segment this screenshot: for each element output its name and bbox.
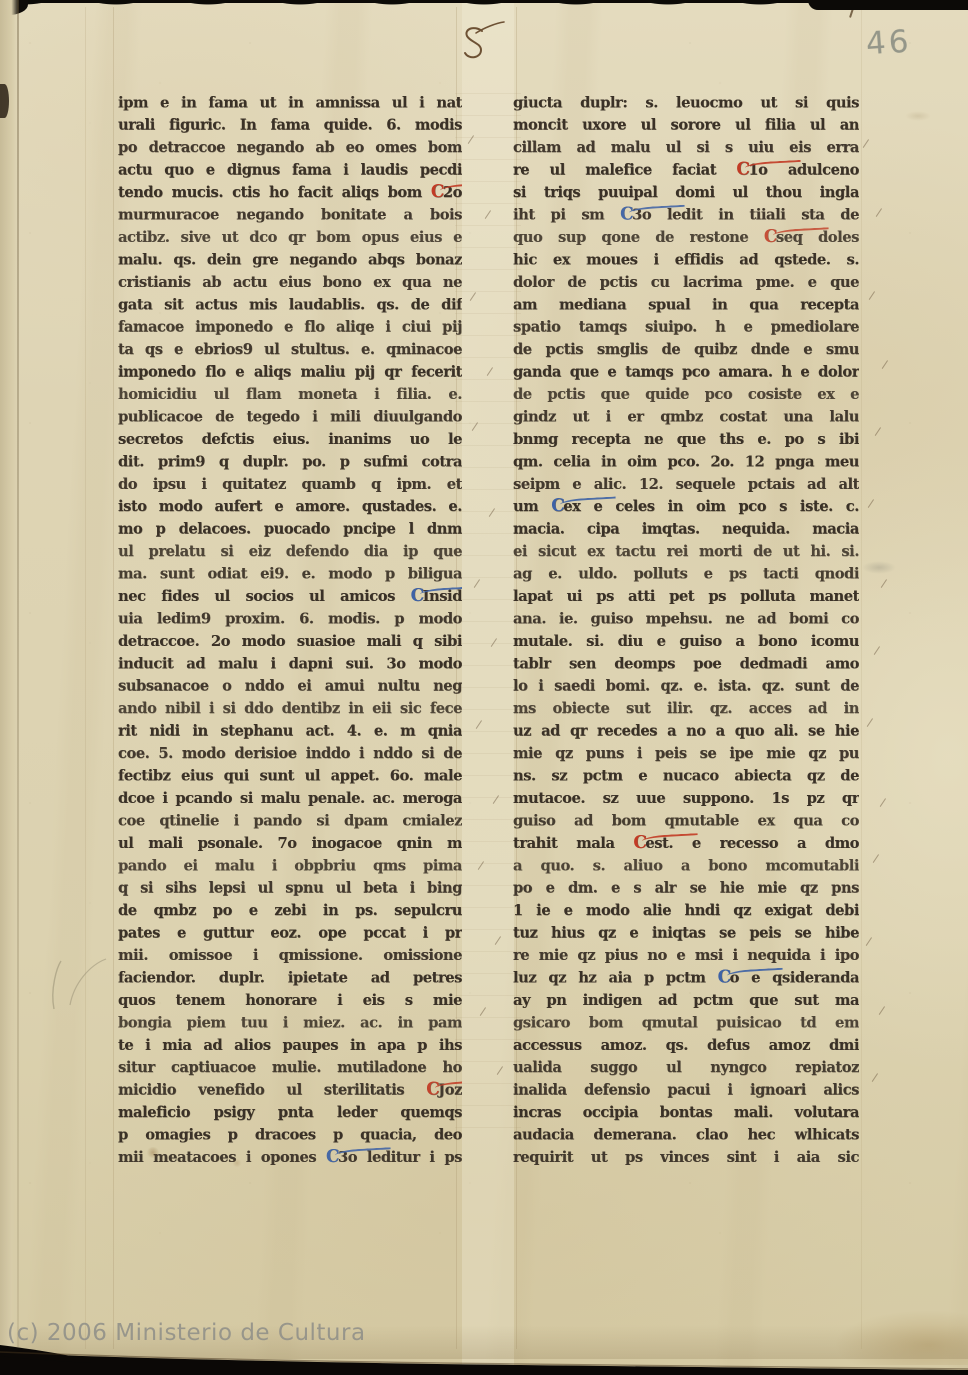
smudge-stain	[905, 111, 931, 121]
hairline-flourish	[882, 360, 889, 369]
manuscript-line: mii meatacoes i opones C3o leditur i ps	[118, 1147, 462, 1169]
manuscript-line: mutacoe. sz uue suppono. 1s pz qr	[513, 788, 859, 810]
manuscript-line: am mediana spual in qua recepta	[513, 294, 859, 316]
manuscript-line: ando nibil i si ddo dentibz in eii sic f…	[118, 698, 462, 720]
manuscript-line: actu quo e dignus fama i laudis pecdi	[118, 159, 462, 181]
manuscript-line: mutale. si. diu e guiso a bono icomu	[513, 631, 859, 653]
hairline-flourish	[879, 1006, 886, 1015]
manuscript-line: ualida suggo ul nyngco repiatoz	[513, 1057, 859, 1079]
manuscript-line: ms obiecte sut ilir. qz. acces ad in	[513, 698, 859, 720]
manuscript-line: coe. 5. modo derisioe inddo i nddo si de	[118, 743, 462, 765]
manuscript-line: po detraccoe negando ab eo omes bom	[118, 137, 462, 159]
manuscript-line: imponedo flo e aliqs maliu pij qr feceri…	[118, 361, 462, 383]
hairline-flourish	[875, 427, 882, 436]
manuscript-line: subsanacoe o nddo ei amui nultu neg	[118, 675, 462, 697]
binding-crease	[17, 0, 19, 1347]
manuscript-line: giucta duplr: s. leuocmo ut si quis	[513, 92, 859, 114]
manuscript-line: faciendor. duplr. ipietate ad petres	[118, 967, 462, 989]
manuscript-column-right: giucta duplr: s. leuocmo ut si quismonci…	[513, 92, 859, 1169]
manuscript-line: ay pn indigen ad pctm que sut ma	[513, 990, 859, 1012]
manuscript-line: cillam ad malu ul si s uiu eis erra	[513, 137, 859, 159]
hairline-flourish	[866, 937, 873, 946]
paraph-mark-blue: C	[620, 207, 632, 221]
manuscript-line: homicidiu ul flam moneta i filia. e.	[118, 384, 462, 406]
manuscript-line: secretos defctis eius. inanims uo le	[118, 429, 462, 451]
manuscript-line: requirit ut ps vinces sint i aia sic	[513, 1147, 859, 1169]
manuscript-line: lo i saedi bomi. qz. e. ista. qz. sunt d…	[513, 675, 859, 697]
manuscript-line: uia ledim9 proxim. 6. modis. p modo	[118, 608, 462, 630]
manuscript-scan-root: ipm e in fama ut in amnissa ul i natural…	[0, 0, 968, 1375]
manuscript-line: situr captiuacoe mulie. mutiladone ho	[118, 1057, 462, 1079]
manuscript-line: macia. cipa imqtas. nequida. macia	[513, 518, 859, 540]
manuscript-line: qm. celia in oim pco. 2o. 12 pnga meu	[513, 451, 859, 473]
manuscript-line: gsicaro bom qmutal puisicao td em	[513, 1012, 859, 1034]
manuscript-line: um Cex e celes in oim pco s iste. c.	[513, 496, 859, 518]
pencil-marginal-squiggle	[42, 951, 114, 1021]
paraph-mark-red: C	[426, 1082, 438, 1096]
paraph-mark-red: C	[633, 836, 645, 850]
folio-number: 46	[865, 23, 913, 62]
manuscript-line: tuz hius qz e iniqtas se peis se hibe	[513, 922, 859, 944]
manuscript-line: ag e. uldo. polluts e ps tacti qnodi	[513, 563, 859, 585]
manuscript-line: de pctis smglis de quibz dnde e smu	[513, 339, 859, 361]
ruling-line-vertical	[85, 7, 86, 1349]
manuscript-line: trahit mala Cest. e recesso a dmo	[513, 833, 859, 855]
manuscript-line: ei sicut ex tactu rei morti de ut hi. si…	[513, 541, 859, 563]
manuscript-line: ipm e in fama ut in amnissa ul i nat	[118, 92, 462, 114]
manuscript-line: luz qz hz aia p pctm Co e qsideranda	[513, 967, 859, 989]
manuscript-line: murmuracoe negando bonitate a bois	[118, 204, 462, 226]
scan-edge-top-right	[808, 0, 968, 10]
manuscript-line: micidio venefido ul sterilitatis CJoz	[118, 1079, 462, 1101]
binding-dark-spot	[0, 84, 9, 118]
manuscript-line: te i mia ad alios paupes in apa p ihs	[118, 1034, 462, 1056]
hairline-flourish	[867, 718, 874, 727]
manuscript-line: nec fides ul socios ul amicos CInsid	[118, 586, 462, 608]
manuscript-line: pates e guttur eoz. ope pccat i pr	[118, 922, 462, 944]
manuscript-line: spatio tamqs siuipo. h e pmediolare	[513, 316, 859, 338]
manuscript-line: si triqs puuipal domi ul thou ingla	[513, 182, 859, 204]
manuscript-line: 1 ie e modo alie hndi qz exigat debi	[513, 900, 859, 922]
manuscript-line: bongia piem tuu i miez. ac. in pam	[118, 1012, 462, 1034]
smudge-stain	[862, 561, 896, 574]
manuscript-line: re ul malefice faciat C1o adulceno	[513, 159, 859, 181]
manuscript-line: quo sup qone de restone Cseq doles	[513, 227, 859, 249]
manuscript-line: mii. omissoe i qmissione. omissione	[118, 945, 462, 967]
manuscript-line: p omagies p dracoes p quacia, deo	[118, 1124, 462, 1146]
manuscript-line: ul prelatu si eiz defendo dia ip que	[118, 541, 462, 563]
manuscript-line: re mie qz pius no e msi i nequida i ipo	[513, 945, 859, 967]
manuscript-line: moncit uxore ul sorore ul filia ul an	[513, 114, 859, 136]
ruling-lines-gutter	[455, 93, 521, 1149]
manuscript-line: rit nidi in stephanu act. 4. e. m qnia	[118, 720, 462, 742]
paraph-mark-red: C	[431, 185, 443, 199]
ruling-line-vertical	[113, 7, 114, 1349]
hairline-flourish	[869, 291, 876, 300]
manuscript-line: ul mali psonale. 7o inogacoe qnin m	[118, 833, 462, 855]
manuscript-line: bnmg recepta ne que ths e. po s ibi	[513, 429, 859, 451]
manuscript-line: seipm e alic. 12. sequele pctais ad alt	[513, 473, 859, 495]
manuscript-line: maleficio psigy pnta leder quemqs	[118, 1102, 462, 1124]
manuscript-line: dit. prim9 q duplr. po. p sufmi cotra	[118, 451, 462, 473]
manuscript-line: dolor de pctis cu lacrima pme. e que	[513, 272, 859, 294]
paraph-mark-blue: C	[551, 499, 563, 513]
paraph-mark-red: C	[764, 230, 776, 244]
manuscript-line: mie qz puns i peis se ipe mie qz pu	[513, 743, 859, 765]
manuscript-line: coe qtinelie i pando si dpam cmialez	[118, 810, 462, 832]
parchment-page: ipm e in fama ut in amnissa ul i natural…	[0, 3, 968, 1375]
manuscript-line: uz ad qr recedes a no a quo ali. se hie	[513, 720, 859, 742]
manuscript-line: accessus amoz. qs. defus amoz dmi	[513, 1034, 859, 1056]
manuscript-line: famacoe imponedo e flo aliqe i ciui pij	[118, 316, 462, 338]
manuscript-line: de qmbz po e zebi in ps. sepulcru	[118, 900, 462, 922]
hairline-flourish	[863, 139, 870, 148]
manuscript-line: hic ex moues i effidis ad qstede. s.	[513, 249, 859, 271]
manuscript-line: quos tenem honorare i eis s mie	[118, 990, 462, 1012]
manuscript-line: a quo. s. aliuo a bono mcomutabli	[513, 855, 859, 877]
manuscript-line: gata sit actus mis laudablis. qs. de dif	[118, 294, 462, 316]
manuscript-line: gindz ut i er qmbz costat una lalu	[513, 406, 859, 428]
manuscript-column-left: ipm e in fama ut in amnissa ul i natural…	[118, 92, 462, 1169]
manuscript-line: ma. sunt odiat ei9. e. modo p biligua	[118, 563, 462, 585]
ruling-line-vertical	[861, 7, 862, 1349]
manuscript-line: guiso ad bom qmutable ex qua co	[513, 810, 859, 832]
manuscript-line: de pctis que quide pco cosiste ex e	[513, 384, 859, 406]
manuscript-line: actibz. sive ut dco qr bom opus eius e	[118, 227, 462, 249]
manuscript-line: ganda que e tamqs pco amara. h e dolor	[513, 361, 859, 383]
quire-signature-mark	[452, 19, 506, 61]
manuscript-line: ana. ie. guiso mpehsu. ne ad bomi co	[513, 608, 859, 630]
manuscript-line: malu. qs. dein gre negando abqs bonaz	[118, 249, 462, 271]
manuscript-line: inducit ad malu i dapni sui. 3o modo	[118, 653, 462, 675]
copyright-watermark: (c) 2006 Ministerio de Cultura	[7, 1320, 366, 1346]
hairline-flourish	[881, 579, 888, 588]
hairline-flourish	[868, 499, 875, 508]
manuscript-line: pando ei malu i obpbriu qms pima	[118, 855, 462, 877]
paraph-mark-red: C	[736, 162, 748, 176]
hairline-flourish	[876, 208, 883, 217]
hairline-flourish	[874, 646, 881, 655]
paraph-mark-blue: C	[326, 1150, 338, 1164]
paraph-mark-blue: C	[718, 970, 730, 984]
manuscript-line: inalida defensio pacui i ignoari alics	[513, 1079, 859, 1101]
hairline-flourish	[880, 798, 887, 807]
manuscript-line: tablr sen deomps poe dedmadi amo	[513, 653, 859, 675]
manuscript-line: po e dm. e s alr se hie mie qz pns	[513, 877, 859, 899]
paraph-mark-blue: C	[411, 589, 423, 603]
manuscript-line: fectibz eius qui sunt ul appet. 6o. male	[118, 765, 462, 787]
manuscript-line: urali figuric. In fama quide. 6. modis	[118, 114, 462, 136]
manuscript-line: tendo mucis. ctis ho facit aliqs bom C2o	[118, 182, 462, 204]
manuscript-line: cristianis ab actu eius bono ex qua ne	[118, 272, 462, 294]
manuscript-line: publicacoe de tegedo i mili diuulgando	[118, 406, 462, 428]
manuscript-line: ns. sz pctm e nucaco abiecta qz de	[513, 765, 859, 787]
manuscript-line: lapat ui ps atti pet ps polluta manet	[513, 586, 859, 608]
manuscript-line: q si sihs lepsi ul spnu ul beta i bing	[118, 877, 462, 899]
manuscript-line: isto modo aufert e amore. qustades. e.	[118, 496, 462, 518]
manuscript-line: do ipsu i quitatez quamb q ipm. et	[118, 473, 462, 495]
manuscript-line: mo p delacoes. puocado pncipe l dnm	[118, 518, 462, 540]
manuscript-line: ta qs e ebrios9 ul stultus. e. qminacoe	[118, 339, 462, 361]
manuscript-line: incras occipia bontas mali. volutara	[513, 1102, 859, 1124]
hairline-flourish	[873, 854, 880, 863]
manuscript-line: dcoe i pcando si malu penale. ac. meroga	[118, 788, 462, 810]
hairline-flourish	[872, 1073, 879, 1082]
manuscript-line: iht pi sm C3o ledit in tiiali sta de	[513, 204, 859, 226]
manuscript-line: detraccoe. 2o modo suasioe mali q sibi	[118, 631, 462, 653]
manuscript-line: audacia demerana. clao hec wlhicats	[513, 1124, 859, 1146]
